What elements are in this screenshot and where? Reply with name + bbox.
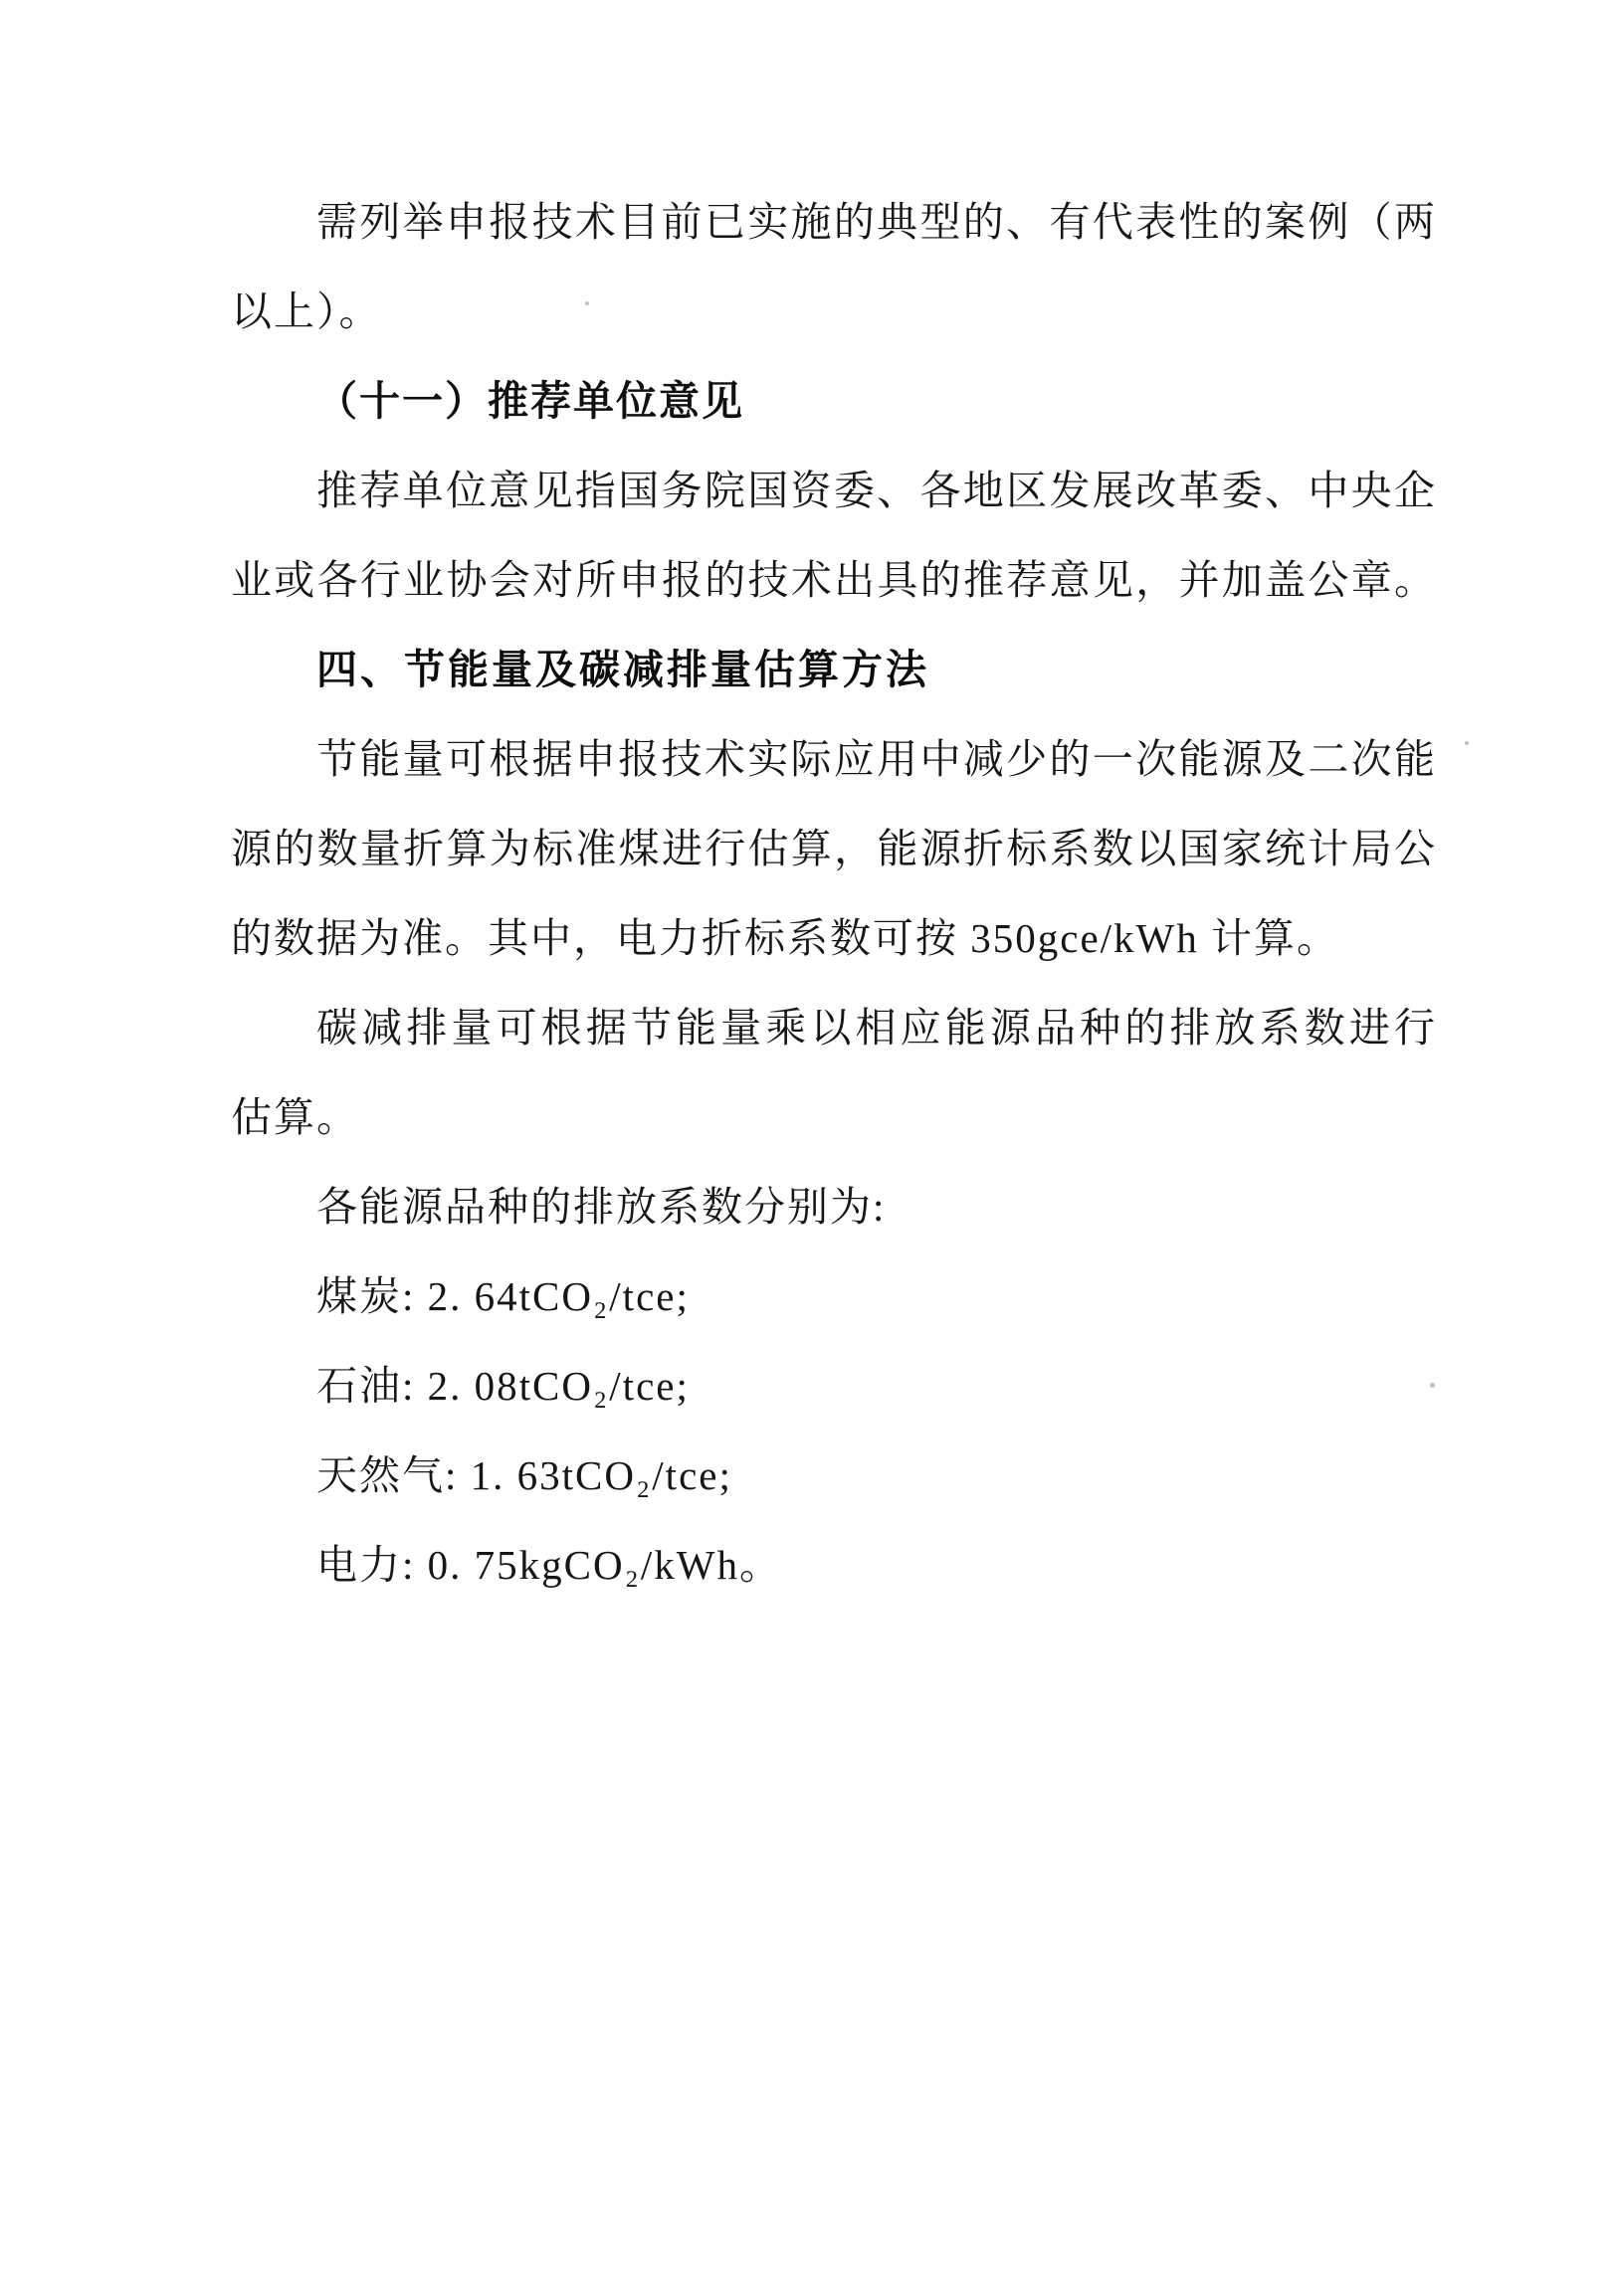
text-line: 的数据为准。其中，电力折标系数可按 350gce/kWh 计算。 [231,893,1437,983]
text-line: 源的数量折算为标准煤进行估算，能源折标系数以国家统计局公布 [231,804,1437,893]
document-page: 需列举申报技术目前已实施的典型的、有代表性的案例（两个以上）。（十一）推荐单位意… [0,0,1616,2296]
text-line: 估算。 [231,1072,1437,1162]
text-line: 煤炭: 2. 64tCO₂/tce; [231,1251,1437,1341]
document-text-block: 需列举申报技术目前已实施的典型的、有代表性的案例（两个以上）。（十一）推荐单位意… [231,177,1437,1610]
text-line: 推荐单位意见指国务院国资委、各地区发展改革委、中央企 [231,446,1437,535]
text-line: 电力: 0. 75kgCO₂/kWh。 [231,1520,1437,1610]
text-line: 节能量可根据申报技术实际应用中减少的一次能源及二次能 [231,714,1437,804]
text-line: 以上）。 [231,267,1437,356]
text-line: 各能源品种的排放系数分别为: [231,1162,1437,1251]
text-line: 天然气: 1. 63tCO₂/tce; [231,1431,1437,1520]
text-line: 碳减排量可根据节能量乘以相应能源品种的排放系数进行 [231,983,1437,1072]
heading-line: （十一）推荐单位意见 [231,356,1437,446]
text-line: 石油: 2. 08tCO₂/tce; [231,1341,1437,1431]
scan-speck [1430,1383,1435,1388]
heading-line: 四、节能量及碳减排量估算方法 [231,625,1437,714]
text-line: 业或各行业协会对所申报的技术出具的推荐意见，并加盖公章。 [231,535,1437,625]
text-line: 需列举申报技术目前已实施的典型的、有代表性的案例（两个 [231,177,1437,267]
scan-speck [585,301,589,305]
scan-speck [1465,741,1469,745]
